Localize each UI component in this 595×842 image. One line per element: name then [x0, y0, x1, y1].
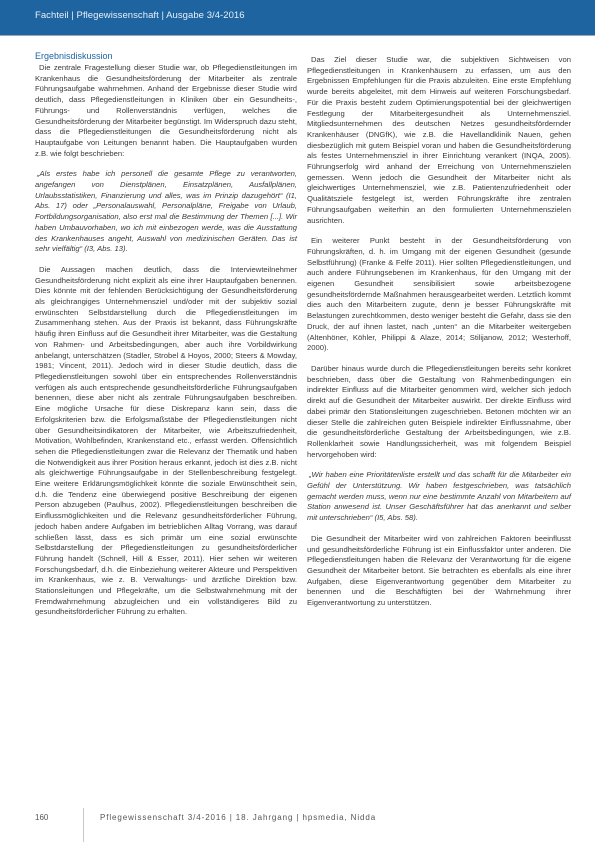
header-bar: Fachteil | Pflegewissenschaft | Ausgabe … — [0, 0, 595, 36]
page-footer: 160 Pflegewissenschaft 3/4-2016 | 18. Ja… — [0, 800, 595, 842]
page-number: 160 — [35, 813, 48, 822]
section-heading: Ergebnisdiskussion — [35, 51, 297, 62]
right-column: Das Ziel dieser Studie war, die subjekti… — [307, 55, 571, 619]
paragraph: Das Ziel dieser Studie war, die subjekti… — [307, 55, 571, 226]
paragraph: Darüber hinaus wurde durch die Pflegedie… — [307, 364, 571, 460]
paragraph: Die zentrale Fragestellung dieser Studie… — [35, 63, 297, 159]
paragraph: Ein weiterer Punkt besteht in der Gesund… — [307, 236, 571, 354]
interview-quote: „Als erstes habe ich personell die gesam… — [35, 169, 297, 255]
left-column: Ergebnisdiskussion Die zentrale Frageste… — [35, 51, 297, 628]
running-header: Fachteil | Pflegewissenschaft | Ausgabe … — [35, 10, 245, 21]
paragraph: Die Aussagen machen deutlich, dass die I… — [35, 265, 297, 618]
footer-divider — [83, 808, 84, 842]
journal-info: Pflegewissenschaft 3/4-2016 | 18. Jahrga… — [100, 813, 376, 822]
interview-quote: „Wir haben eine Prioritätenliste erstell… — [307, 470, 571, 524]
paragraph: Die Gesundheit der Mitarbeiter wird von … — [307, 534, 571, 609]
